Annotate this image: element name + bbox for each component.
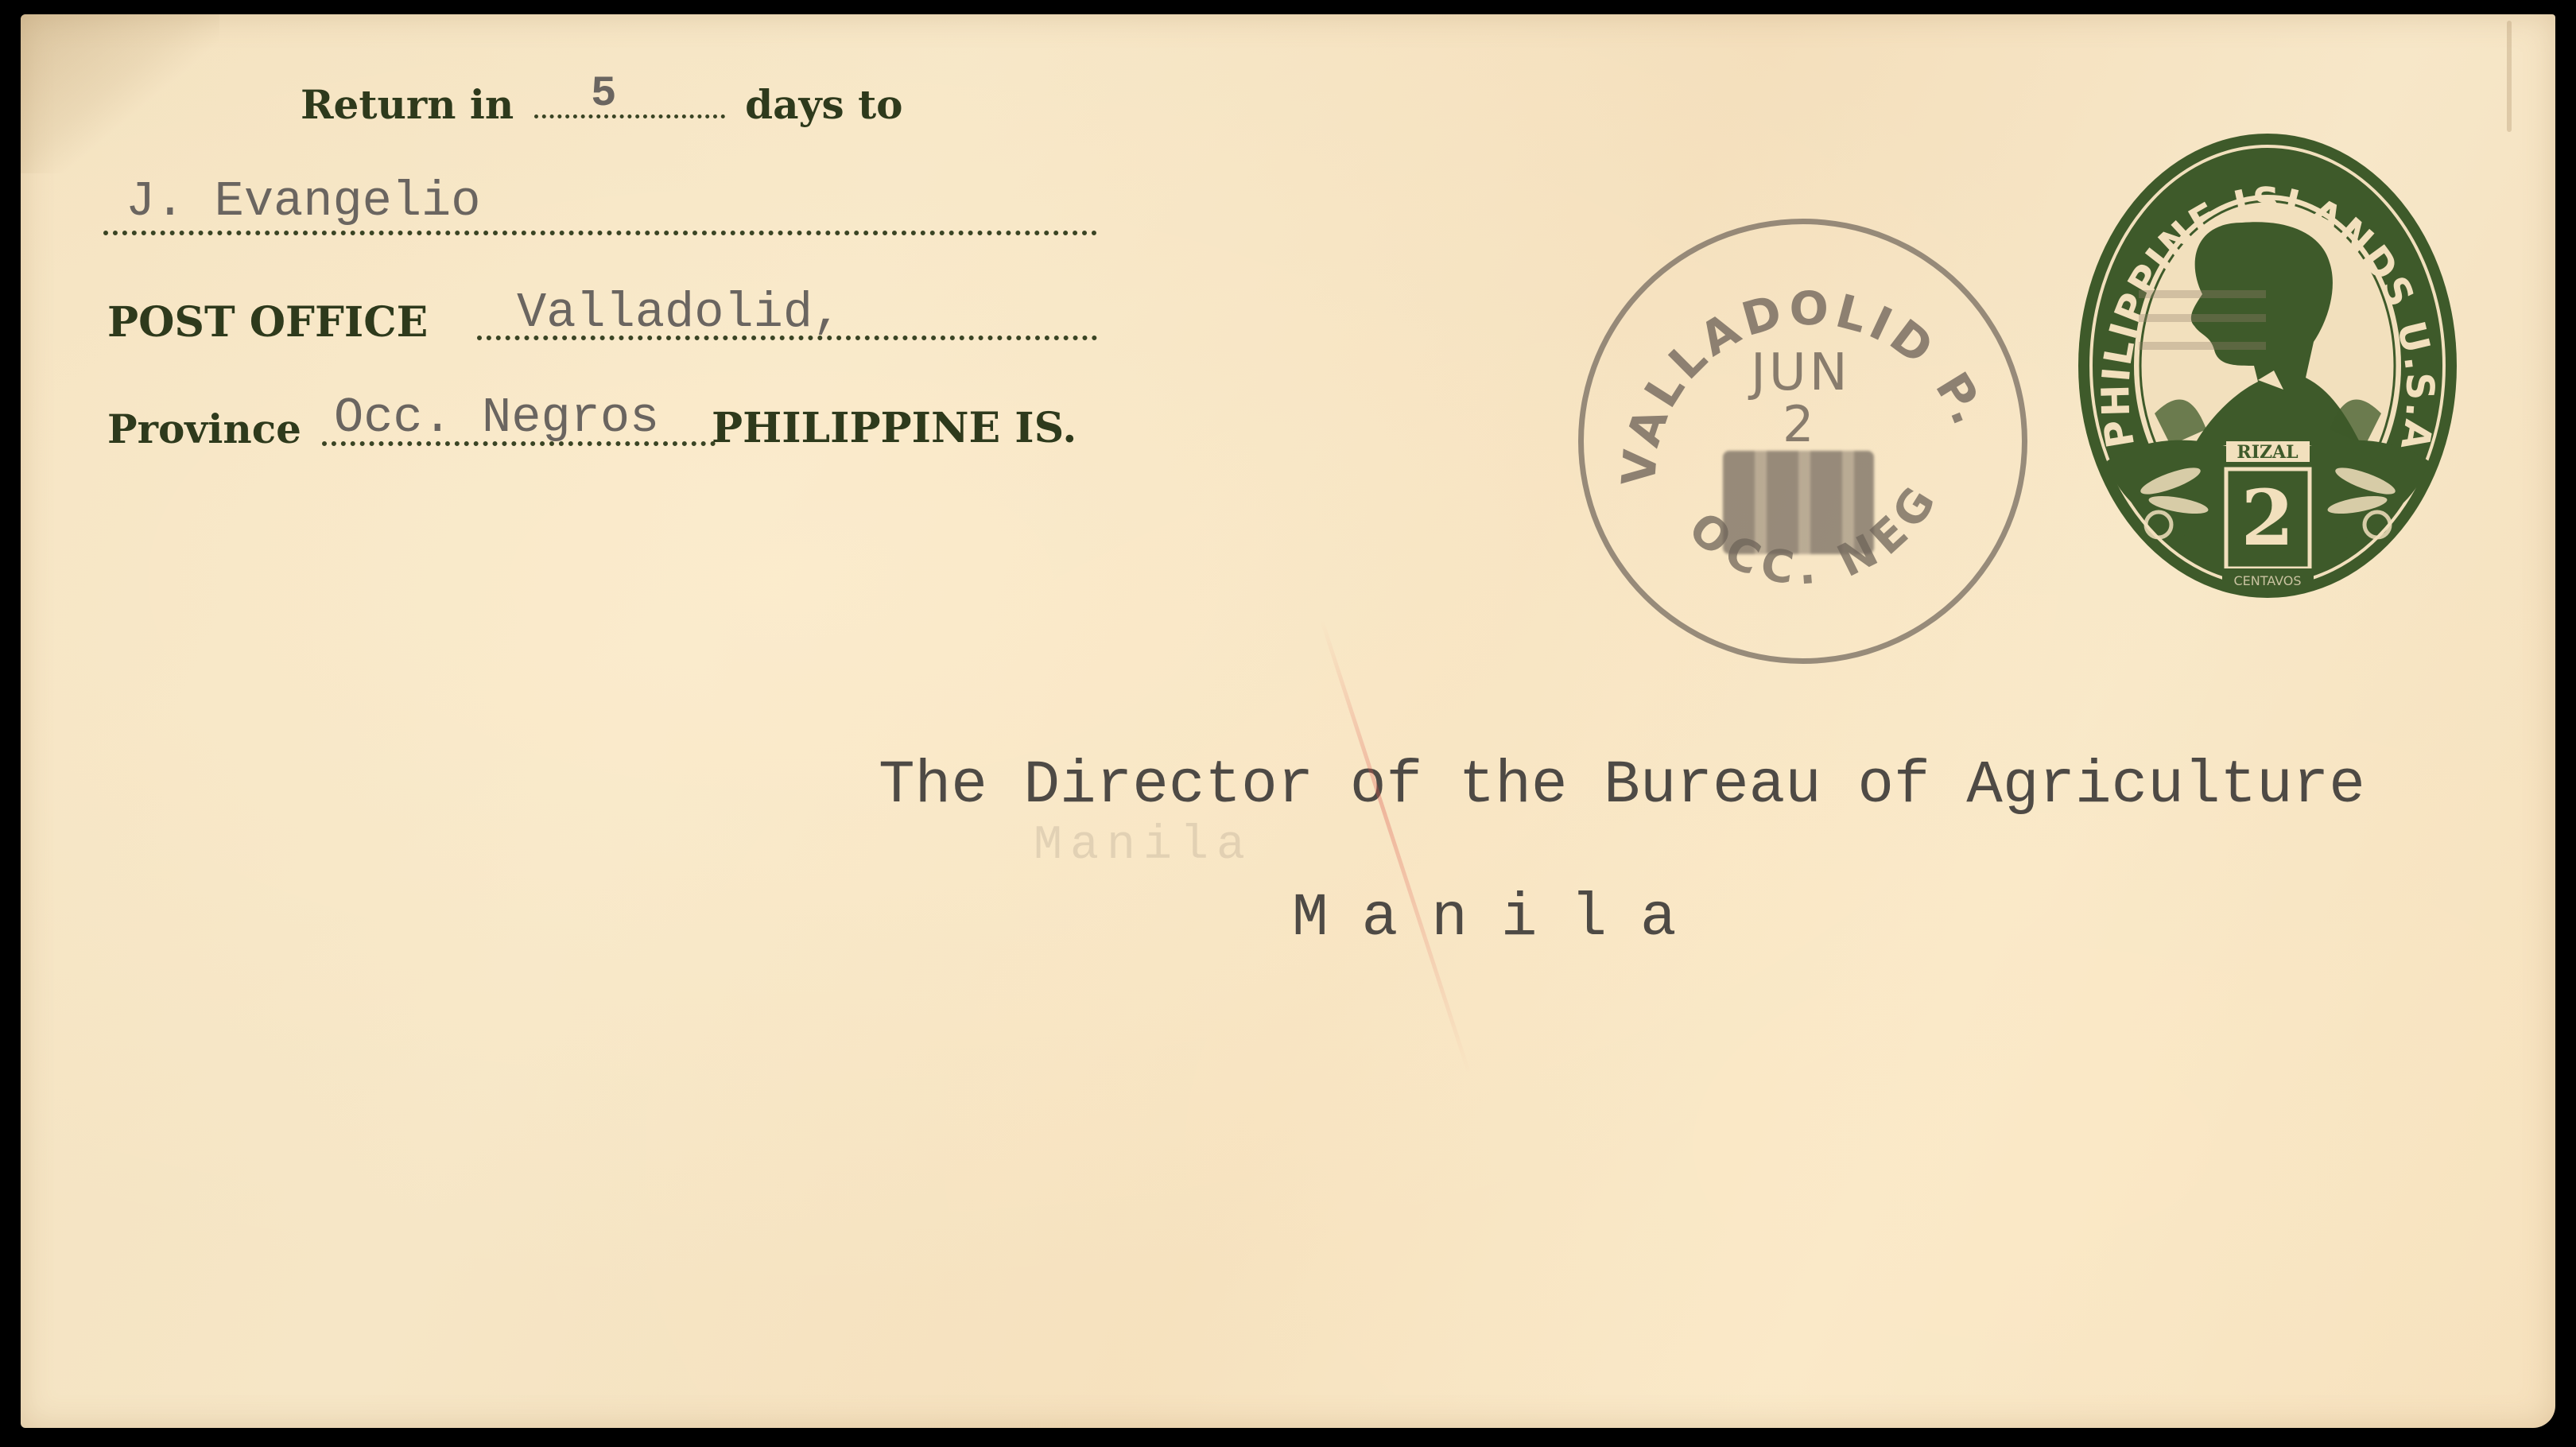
province-label: Province xyxy=(107,405,301,452)
post-office-value: Valladolid, xyxy=(517,285,842,341)
recipient-city: Manila xyxy=(1292,884,1710,952)
return-in-label: Return in xyxy=(301,81,514,128)
postmark-day: 2 xyxy=(1783,395,1814,453)
portrait-label: RIZAL xyxy=(2237,442,2298,463)
return-in-line: Return in 5 days to xyxy=(301,81,903,128)
currency-label: CENTAVOS xyxy=(2233,573,2301,588)
province-value: Occ. Negros xyxy=(334,390,659,446)
sender-dotted-line xyxy=(103,231,1097,235)
postmark-year-block xyxy=(1723,451,1874,554)
postmark-month: JUN xyxy=(1751,343,1851,402)
return-days-dots xyxy=(534,108,725,118)
postmark-cancel: VALLADOLID P.I. OCC. NEGROS JUN 2 xyxy=(1578,219,2027,664)
offset-ghost-text: Manila xyxy=(1034,819,1253,873)
return-days-value: 5 xyxy=(591,70,616,118)
post-office-dotted-line xyxy=(477,336,1097,340)
denomination-value: 2 xyxy=(2241,473,2295,563)
recipient-name: The Director of the Bureau of Agricultur… xyxy=(879,751,2365,820)
edge-crease xyxy=(2507,21,2512,132)
country-label: PHILIPPINE IS. xyxy=(712,404,1077,452)
post-office-label: POST OFFICE xyxy=(107,298,428,347)
province-dotted-line xyxy=(322,441,716,446)
sender-name: J. Evangelio xyxy=(126,173,480,230)
rizal-stamp-indicium: PHILIPPINE ISLANDS U.S.A. RIZAL 2 CENTAV… xyxy=(2075,127,2461,604)
days-to-label: days to xyxy=(745,81,902,128)
corner-crease xyxy=(21,14,219,173)
